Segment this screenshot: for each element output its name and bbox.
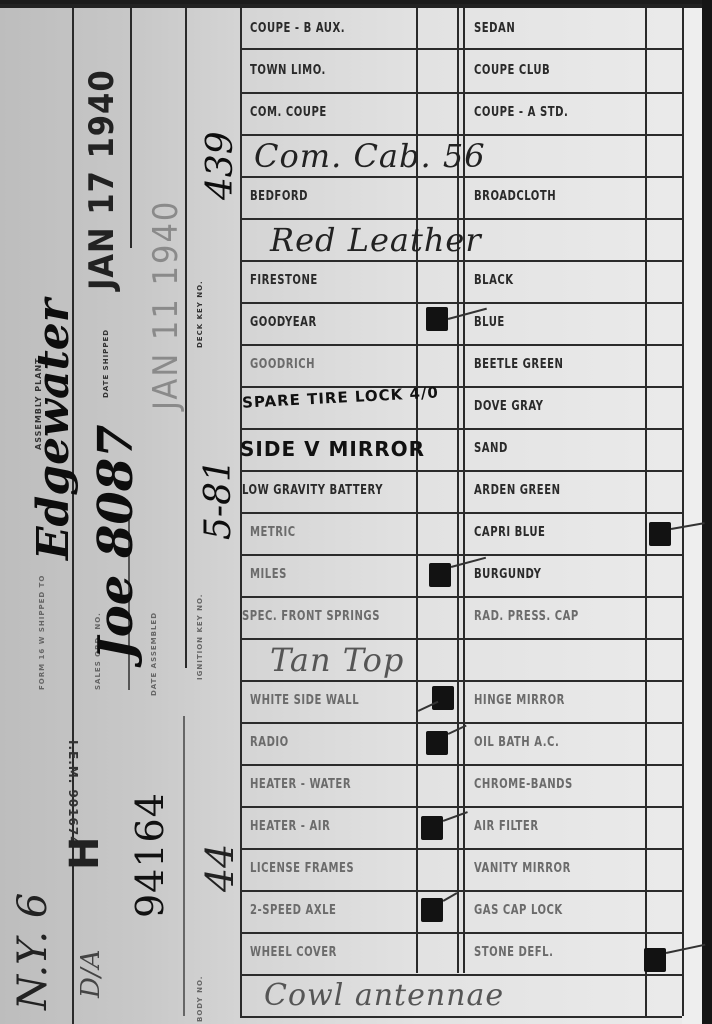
ignition-key-label: IGNITION KEY NO.: [196, 594, 204, 680]
deck-key-value: 439: [200, 131, 241, 200]
rule: [183, 716, 185, 1016]
option-label: COM. COUPE: [250, 92, 327, 134]
grid-row-script: Tan Top: [240, 638, 682, 680]
grid-row: SIDE V MIRROR SAND: [240, 428, 682, 470]
handwritten-top: Tan Top: [270, 638, 404, 680]
check-marker-radio: [426, 731, 448, 755]
option-label: METRIC: [250, 512, 296, 554]
grid-row: GOODYEAR BLUE: [240, 302, 682, 344]
option-label: MILES: [250, 554, 287, 596]
grid-row: LICENSE FRAMES VANITY MIRROR: [240, 848, 682, 890]
check-marker-goodyear: [426, 307, 448, 331]
option-label: HEATER - AIR: [250, 806, 330, 848]
option-label: AIR FILTER: [474, 806, 539, 848]
initials: D/A: [76, 950, 106, 998]
option-label: SPEC. FRONT SPRINGS: [242, 596, 380, 638]
grid-row: HEATER - WATER CHROME-BANDS: [240, 764, 682, 806]
grid-row: MILES BURGUNDY: [240, 554, 682, 596]
handwritten-note: N.Y. 6: [10, 893, 56, 1010]
option-label: CAPRI BLUE: [474, 512, 545, 554]
grid-row: METRIC CAPRI BLUE: [240, 512, 682, 554]
check-marker-white-side-wall: [432, 686, 454, 710]
form-number: I.E.M. 901674: [66, 740, 80, 846]
date-shipped-stamp: JAN 17 1940: [82, 69, 122, 290]
sales-ord-signature: Joe 8087: [88, 424, 144, 660]
option-label: LOW GRAVITY BATTERY: [242, 470, 383, 512]
option-label: RAD. PRESS. CAP: [474, 596, 579, 638]
option-label: COUPE CLUB: [474, 50, 550, 92]
option-label: DOVE GRAY: [474, 386, 543, 428]
option-label: WHEEL COVER: [250, 932, 337, 974]
check-marker-capri-blue: [649, 522, 671, 546]
grid-row: FIRESTONE BLACK: [240, 260, 682, 302]
option-label: BLUE: [474, 302, 505, 344]
handwritten-trim: Red Leather: [270, 218, 482, 260]
rule: [130, 8, 132, 248]
option-label: SEDAN: [474, 8, 515, 50]
body-no-extra: 44: [198, 844, 242, 892]
option-label: COUPE - A STD.: [474, 92, 568, 134]
option-label: VANITY MIRROR: [474, 848, 571, 890]
grid-row-script: Cowl antennae: [240, 974, 682, 1016]
ignition-key-value: 5-81: [198, 459, 239, 540]
option-label: HEATER - WATER: [250, 764, 351, 806]
form-shipped-to-label: FORM 16 W SHIPPED TO: [38, 575, 46, 690]
handwritten-accessory: Cowl antennae: [264, 974, 504, 1016]
option-label: FIRESTONE: [250, 260, 318, 302]
grid-row: COUPE - B AUX. SEDAN: [240, 8, 682, 50]
card-margin: [682, 4, 702, 1024]
grid-row: WHEEL COVER STONE DEFL.: [240, 932, 682, 974]
date-assembled-stamp: JAN 11 1940: [146, 200, 186, 410]
option-label: LICENSE FRAMES: [250, 848, 354, 890]
photo-edge: [702, 0, 712, 1024]
option-label: 2-SPEED AXLE: [250, 890, 336, 932]
assembly-plant-signature: Edgewater: [28, 299, 79, 560]
option-label: OIL BATH A.C.: [474, 722, 559, 764]
grid-row: SPEC. FRONT SPRINGS RAD. PRESS. CAP: [240, 596, 682, 638]
option-label: TOWN LIMO.: [250, 50, 326, 92]
option-label: BEETLE GREEN: [474, 344, 563, 386]
option-label: STONE DEFL.: [474, 932, 553, 974]
date-shipped-label: DATE SHIPPED: [102, 329, 110, 398]
grid-row: BEDFORD BROADCLOTH: [240, 176, 682, 218]
body-no-label: BODY NO.: [196, 976, 204, 1022]
option-label: BURGUNDY: [474, 554, 541, 596]
grid-row: LOW GRAVITY BATTERY ARDEN GREEN: [240, 470, 682, 512]
date-assembled-label: DATE ASSEMBLED: [150, 612, 158, 696]
option-label: GOODYEAR: [250, 302, 317, 344]
option-label: BLACK: [474, 260, 514, 302]
handwritten-body-type: Com. Cab. 56: [254, 134, 486, 176]
grid-row: WHITE SIDE WALL HINGE MIRROR: [240, 680, 682, 722]
check-marker-miles: [429, 563, 451, 587]
option-label: HINGE MIRROR: [474, 680, 565, 722]
body-no-prefix: H: [62, 837, 108, 870]
option-label: COUPE - B AUX.: [250, 8, 345, 50]
rule: [682, 8, 684, 1016]
option-label: RADIO: [250, 722, 289, 764]
handwritten-option: SPARE TIRE LOCK 4/0: [242, 382, 463, 411]
option-label: BEDFORD: [250, 176, 308, 218]
grid-row-script: Com. Cab. 56: [240, 134, 682, 176]
option-label: GAS CAP LOCK: [474, 890, 563, 932]
body-number: 94164: [128, 792, 172, 918]
option-label: WHITE SIDE WALL: [250, 680, 359, 722]
grid-row: SPARE TIRE LOCK 4/0 DOVE GRAY: [240, 386, 682, 428]
grid-row: GOODRICH BEETLE GREEN: [240, 344, 682, 386]
grid-row: TOWN LIMO. COUPE CLUB: [240, 50, 682, 92]
option-label: BROADCLOTH: [474, 176, 556, 218]
option-label: CHROME-BANDS: [474, 764, 573, 806]
grid-row: COM. COUPE COUPE - A STD.: [240, 92, 682, 134]
option-label: ARDEN GREEN: [474, 470, 561, 512]
handwritten-option: SIDE V MIRROR: [240, 436, 425, 462]
grid-row-script: Red Leather: [240, 218, 682, 260]
check-marker-stone-defl: [644, 948, 666, 972]
check-marker-heater-air: [421, 816, 443, 840]
deck-key-label: DECK KEY NO.: [196, 280, 204, 348]
grid-row: 2-SPEED AXLE GAS CAP LOCK: [240, 890, 682, 932]
option-label: GOODRICH: [250, 344, 315, 386]
option-label: SAND: [474, 428, 508, 470]
check-marker-2-speed-axle: [421, 898, 443, 922]
